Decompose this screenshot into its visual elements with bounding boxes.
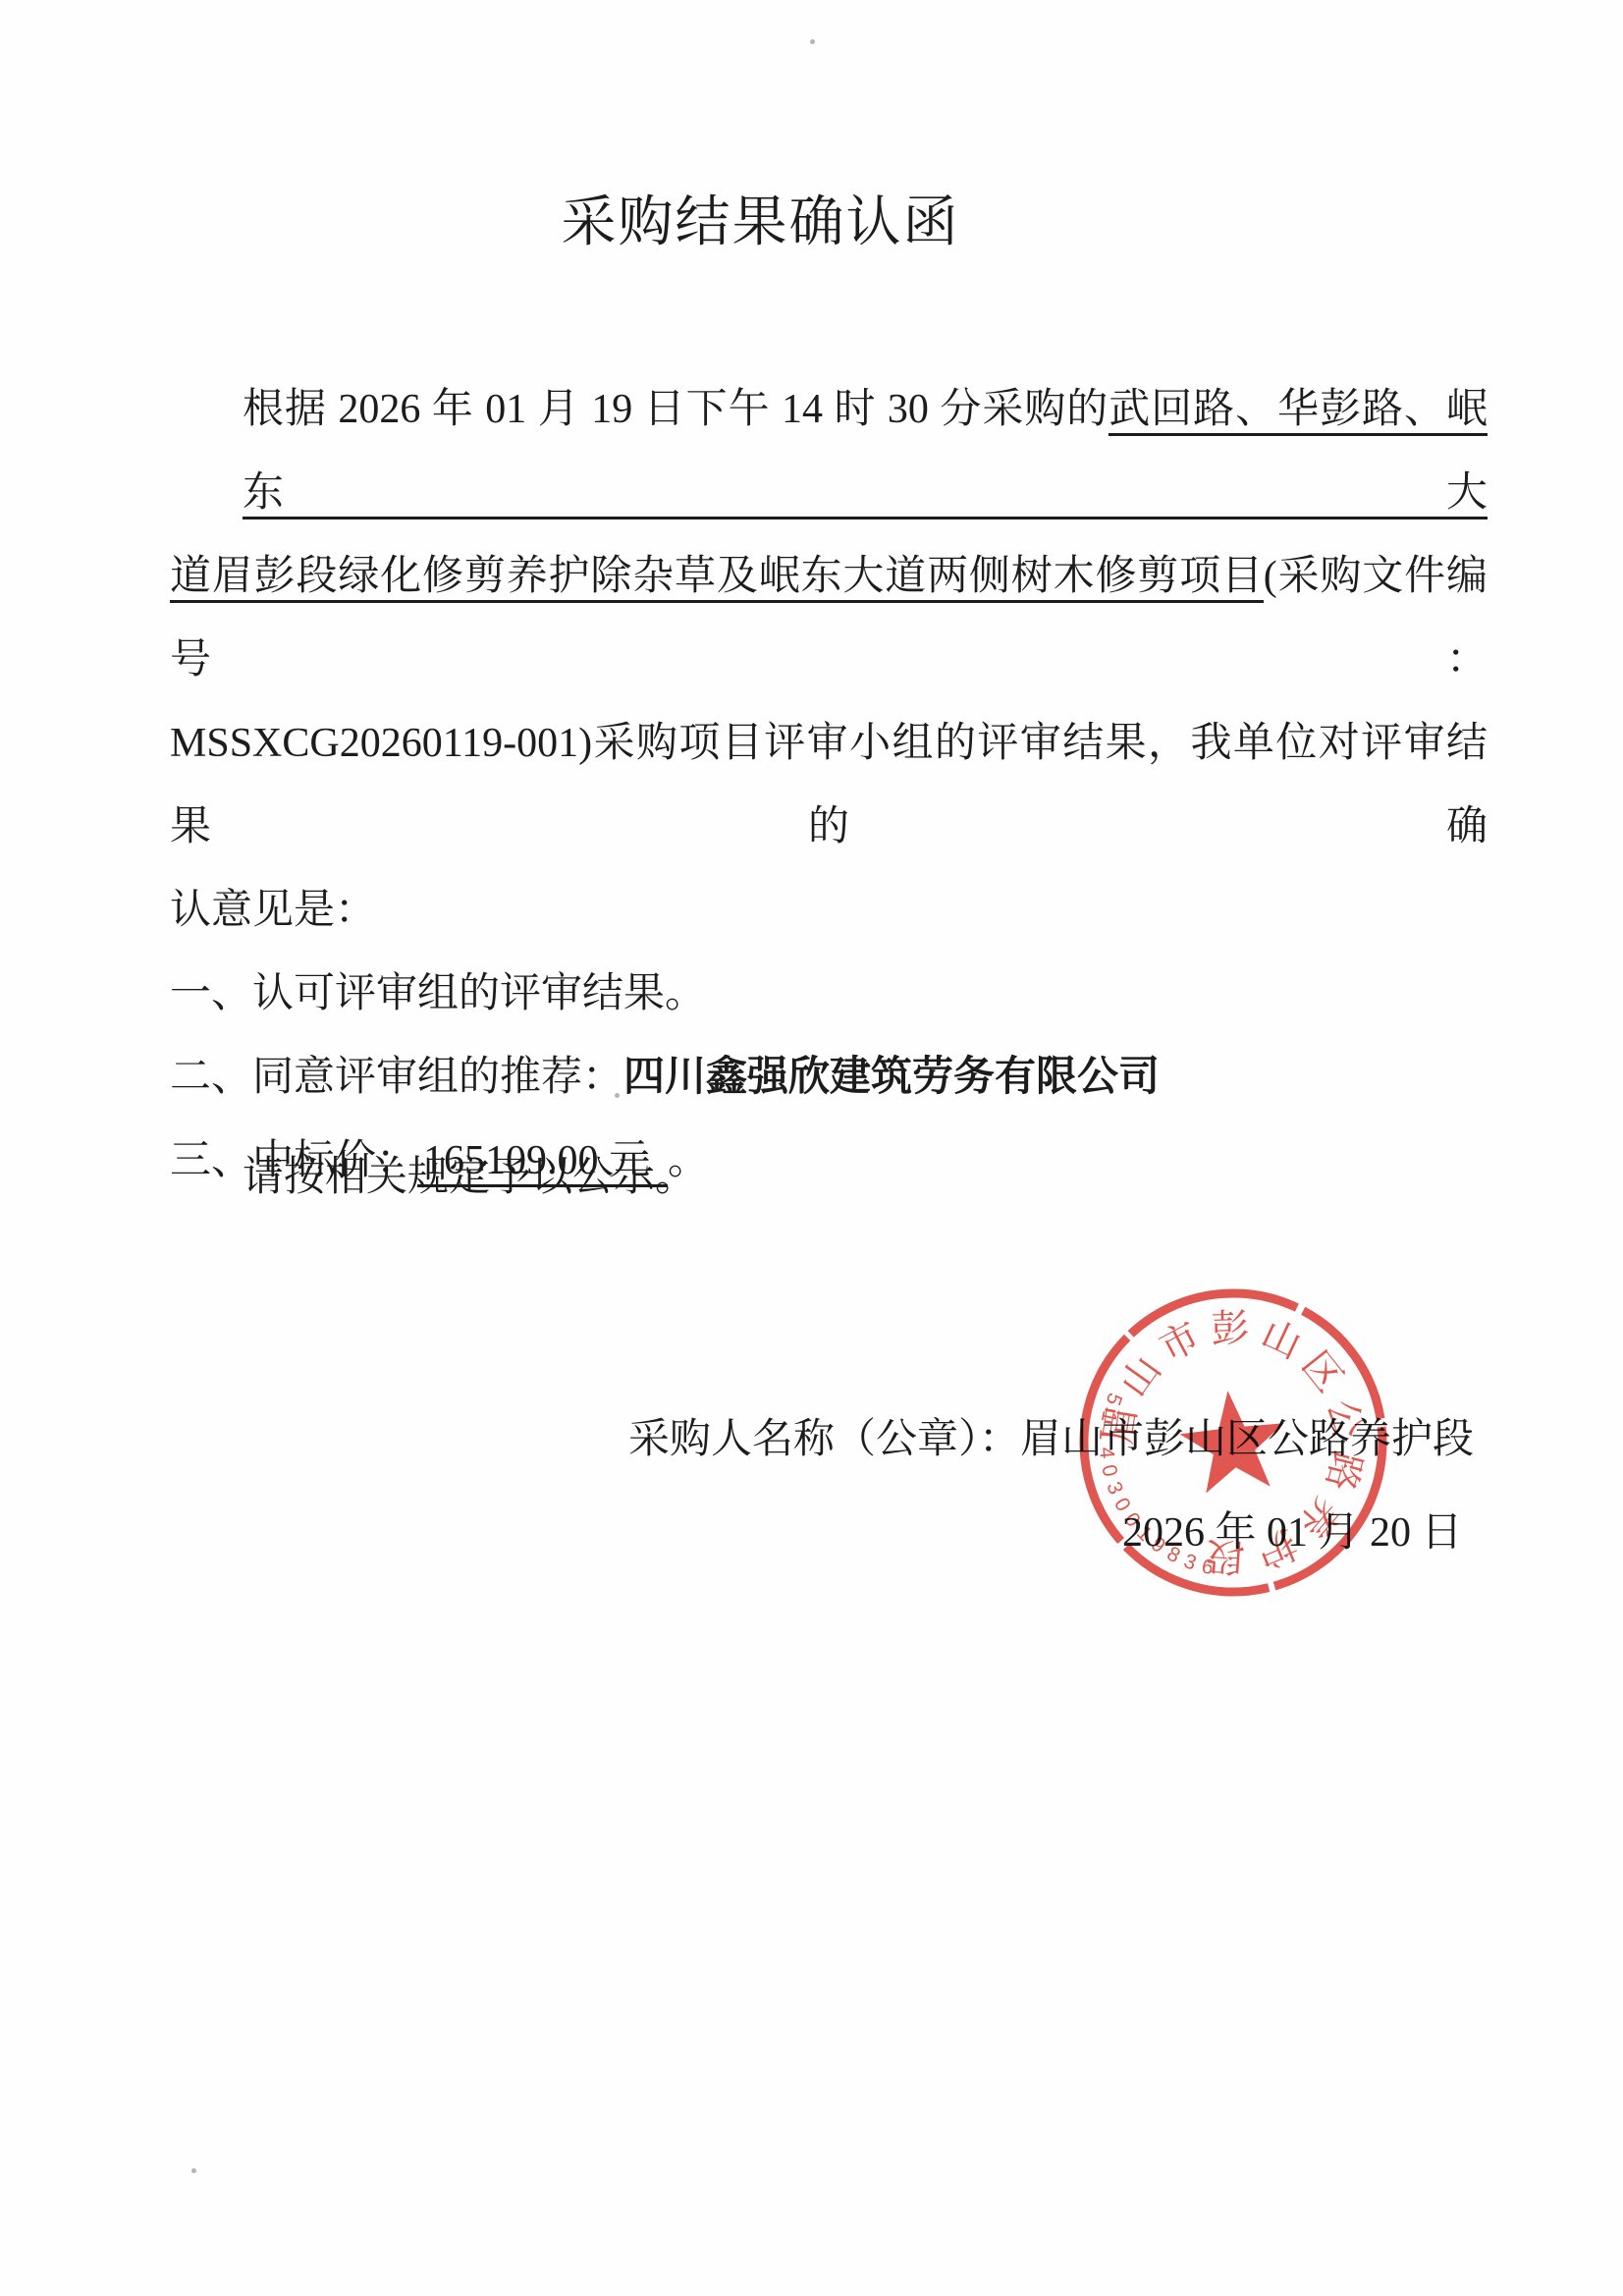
body-text: MSSXCG20260119-001)采购项目评审小组的评审结果，我单位对评审结… <box>170 721 1488 849</box>
svg-text:路: 路 <box>1318 1448 1368 1496</box>
svg-text:区: 区 <box>1293 1343 1350 1399</box>
body-text: 认意见是： <box>170 888 376 933</box>
paragraph-line: MSSXCG20260119-001)采购项目评审小组的评审结果，我单位对评审结… <box>170 702 1488 869</box>
svg-text:3: 3 <box>1181 1550 1200 1575</box>
svg-text:9: 9 <box>1147 1533 1169 1558</box>
svg-text:公: 公 <box>1320 1395 1369 1442</box>
winning-company-name: 四川鑫强欣建筑劳务有限公司 <box>623 1055 1160 1100</box>
item-text: 一、认可评审组的评审结果。 <box>170 971 706 1016</box>
svg-text:山: 山 <box>1255 1313 1308 1367</box>
project-name-underlined: 道眉彭段绿化修剪养护除杂草及岷东大道两侧树木修剪项目 <box>170 554 1264 603</box>
list-item-2: 二、同意评审组的推荐：四川鑫强欣建筑劳务有限公司 <box>170 1036 1488 1120</box>
document-body: 根据 2026 年 01 月 19 日下午 14 时 30 分采购的武回路、华彭… <box>170 368 1488 1203</box>
svg-text:市: 市 <box>1153 1315 1207 1370</box>
purchaser-label: 采购人名称（公章）： <box>628 1417 1020 1462</box>
svg-text:1: 1 <box>1095 1428 1118 1441</box>
list-item-1: 一、认可评审组的评审结果。 <box>170 953 1488 1036</box>
official-seal-icon: 眉山市彭山区公路养护段5114030019836 <box>1059 1269 1407 1616</box>
body-text: 根据 2026 年 01 月 19 日下午 14 时 30 分采购的 <box>243 387 1109 432</box>
notice-text: 请按相关规定予以公示。 <box>170 1155 696 1200</box>
document-page: 采购结果确认函 根据 2026 年 01 月 19 日下午 14 时 30 分采… <box>0 0 1623 2296</box>
paragraph-line: 认意见是： <box>170 869 1488 953</box>
svg-text:3: 3 <box>1102 1479 1127 1498</box>
svg-text:8: 8 <box>1163 1542 1184 1567</box>
star-icon <box>1175 1386 1290 1496</box>
scan-speck <box>191 2168 196 2173</box>
svg-text:0: 0 <box>1097 1462 1121 1478</box>
scan-speck <box>810 39 815 44</box>
paragraph-line: 根据 2026 年 01 月 19 日下午 14 时 30 分采购的武回路、华彭… <box>170 368 1488 535</box>
document-title: 采购结果确认函 <box>0 179 1572 257</box>
svg-text:护: 护 <box>1251 1520 1303 1574</box>
item-text: 二、同意评审组的推荐： <box>170 1055 623 1100</box>
svg-text:4: 4 <box>1095 1447 1118 1460</box>
notice-line: 请按相关规定予以公示。 <box>170 1136 1488 1220</box>
svg-text:0: 0 <box>1109 1494 1135 1514</box>
svg-text:养: 养 <box>1290 1489 1347 1546</box>
paragraph-line: 道眉彭段绿化修剪养护除杂草及岷东大道两侧树木修剪项目(采购文件编号： <box>170 535 1488 702</box>
svg-text:彭: 彭 <box>1211 1308 1250 1351</box>
